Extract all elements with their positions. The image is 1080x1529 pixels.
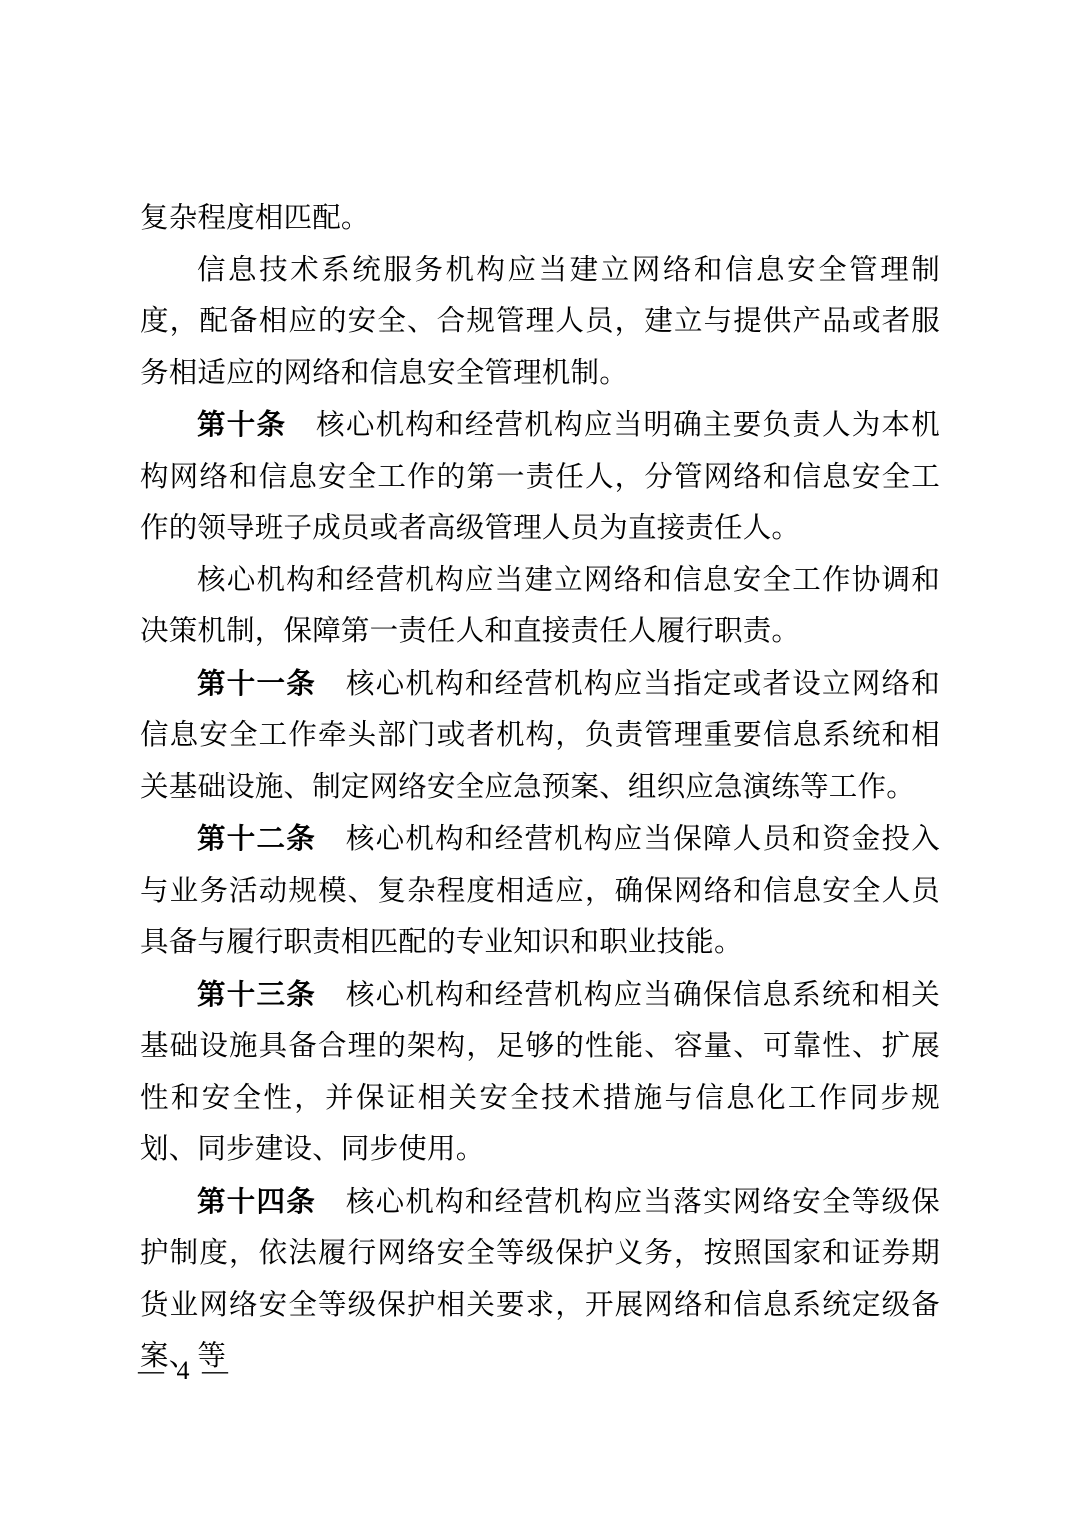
body-paragraph: 复杂程度相匹配。	[140, 193, 940, 245]
article-number: 第十条	[197, 408, 286, 441]
article-paragraph: 第十条 核心机构和经营机构应当明确主要负责人为本机构网络和信息安全工作的第一责任…	[140, 399, 940, 555]
article-number: 第十二条	[197, 822, 316, 855]
document-page: 复杂程度相匹配。信息技术系统服务机构应当建立网络和信息安全管理制度，配备相应的安…	[0, 0, 1080, 1529]
page-number-footer: — 4 —	[138, 1354, 231, 1388]
article-number: 第十一条	[197, 667, 316, 700]
article-paragraph: 第十一条 核心机构和经营机构应当指定或者设立网络和信息安全工作牵头部门或者机构，…	[140, 658, 940, 814]
article-number: 第十四条	[197, 1185, 316, 1218]
article-paragraph: 第十二条 核心机构和经营机构应当保障人员和资金投入与业务活动规模、复杂程度相适应…	[140, 813, 940, 969]
article-paragraph: 第十四条 核心机构和经营机构应当落实网络安全等级保护制度，依法履行网络安全等级保…	[140, 1176, 940, 1383]
article-number: 第十三条	[197, 978, 316, 1011]
body-paragraph: 核心机构和经营机构应当建立网络和信息安全工作协调和决策机制，保障第一责任人和直接…	[140, 555, 940, 658]
body-paragraph: 信息技术系统服务机构应当建立网络和信息安全管理制度，配备相应的安全、合规管理人员…	[140, 245, 940, 400]
document-body: 复杂程度相匹配。信息技术系统服务机构应当建立网络和信息安全管理制度，配备相应的安…	[140, 193, 940, 1383]
article-paragraph: 第十三条 核心机构和经营机构应当确保信息系统和相关基础设施具备合理的架构，足够的…	[140, 969, 940, 1176]
